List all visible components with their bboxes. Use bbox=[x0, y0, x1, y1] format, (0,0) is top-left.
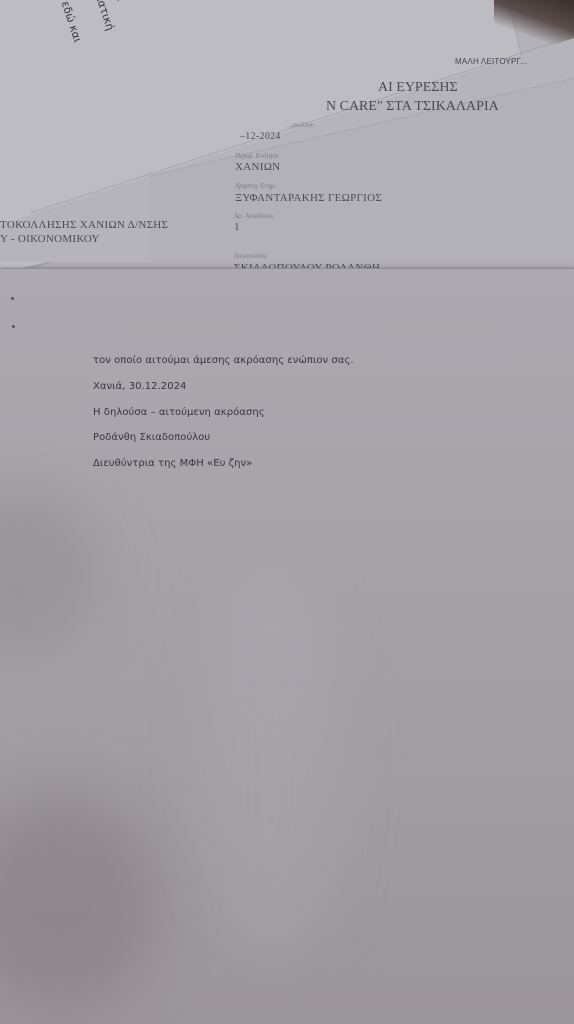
letter-body: τον οποίο αιτούμαι άμεσης ακρόασης ενώπι… bbox=[93, 354, 354, 483]
field-value-user: ΞΥΦΑΝΤΑΡΑΚΗΣ ΓΕΩΡΓΙΟΣ bbox=[235, 192, 382, 204]
letter-line-declarant: Η δηλούσα – αιτούμενη ακρόασης bbox=[93, 406, 354, 432]
highlight-area bbox=[200, 569, 340, 969]
protocol-heading-line-1: ΤΟΚΟΛΛΗΣΗΣ ΧΑΝΙΩΝ Δ/ΝΣΗΣ bbox=[0, 219, 168, 231]
shadow-area bbox=[0, 489, 100, 649]
letter-page: τον οποίο αιτούμαι άμεσης ακρόασης ενώπι… bbox=[0, 268, 574, 1024]
letter-line-request: τον οποίο αιτούμαι άμεσης ακρόασης ενώπι… bbox=[93, 354, 354, 380]
subheading-fragment: ΜΑΛΗ ΛΕΙΤΟΥΡΓ... bbox=[455, 57, 528, 66]
punch-hole-dot bbox=[12, 325, 15, 328]
photo-scene: ματική υ εδώ και ν σε ΜΑΛΗ ΛΕΙΤΟΥΡΓ... Α… bbox=[0, 0, 574, 1024]
field-value-regional-unit: ΧΑΝΙΩΝ bbox=[235, 161, 280, 173]
letter-line-signatory-name: Ροδάνθη Σκιαδοπούλου bbox=[93, 431, 354, 457]
field-label: Αρ. Αποδέκτες bbox=[234, 212, 274, 220]
document-title-line-2: N CARE" ΣΤΑ ΤΣΙΚΑΛΑΡΙΑ bbox=[326, 99, 499, 115]
shadow-area bbox=[0, 789, 160, 1009]
field-value-date: –12-2024 bbox=[240, 131, 281, 142]
field-label: Περιφ. Ενότητα bbox=[235, 152, 279, 160]
letter-line-signatory-title: Διευθύντρια της ΜΦΗ «Ευ ζην» bbox=[93, 457, 354, 483]
punch-hole-dot bbox=[11, 297, 14, 300]
document-title-line-1: ΑΙ ΕΥΡΕΣΗΣ bbox=[378, 80, 458, 96]
field-label: ...ακίλλου bbox=[287, 121, 314, 129]
field-value-recipients: 1 bbox=[234, 221, 240, 233]
field-label: Χρήστης Ενημ. bbox=[235, 182, 276, 190]
field-label: Αποστολέας bbox=[234, 252, 267, 260]
letter-line-place-date: Χανιά, 30.12.2024 bbox=[93, 380, 354, 406]
protocol-heading-line-2: Υ - ΟΙΚΟΝΟΜΙΚΟΥ bbox=[0, 233, 100, 245]
